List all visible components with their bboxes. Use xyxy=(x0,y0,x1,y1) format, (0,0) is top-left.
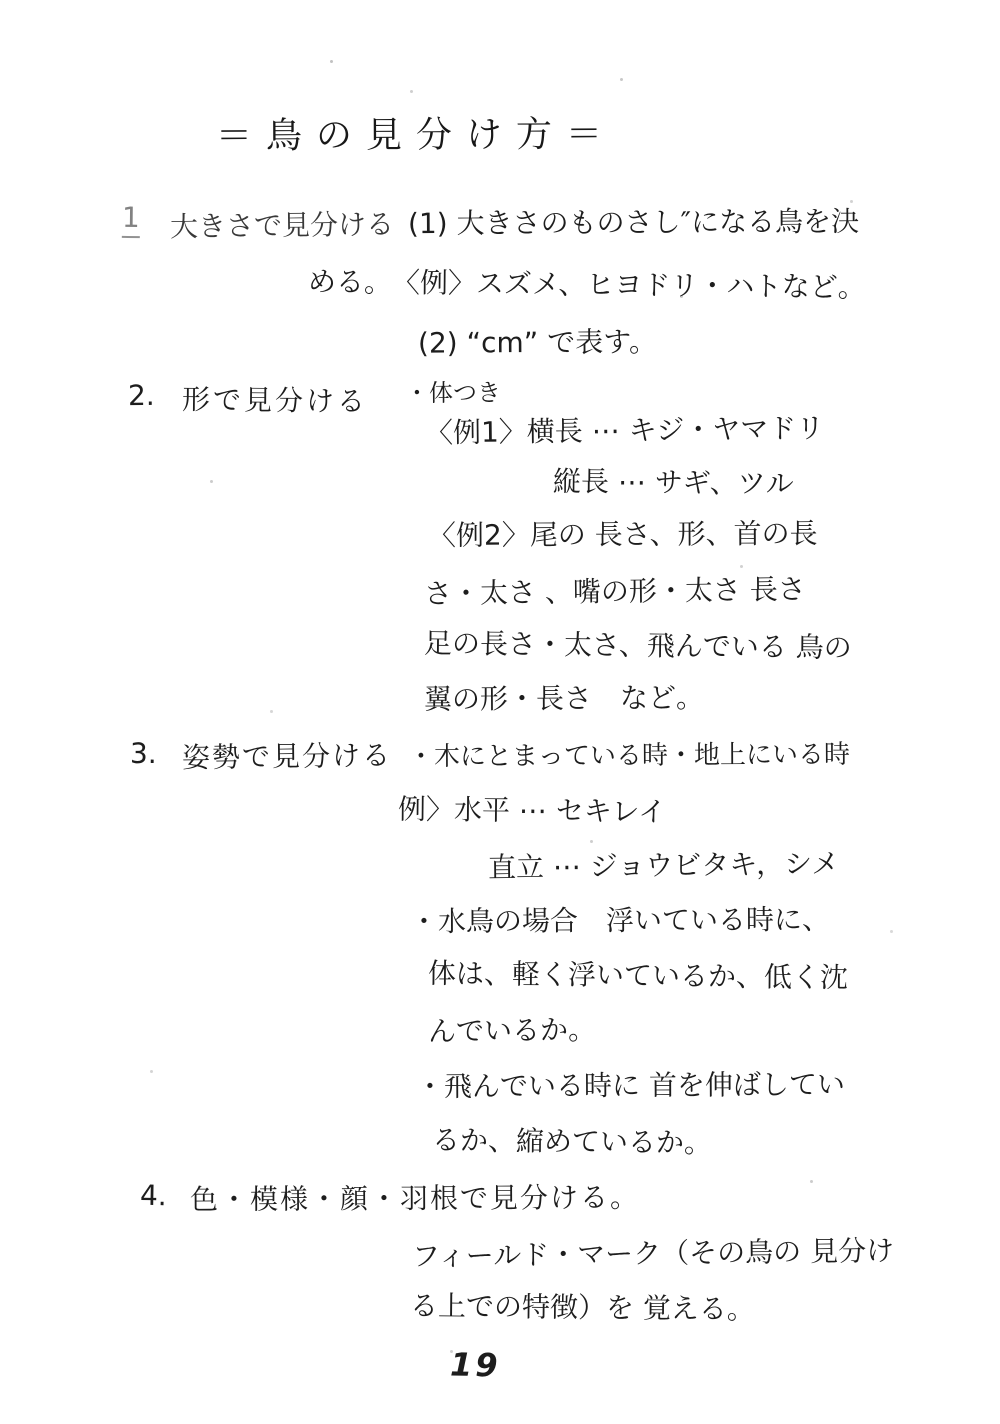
text-line: るか、縮めているか。 xyxy=(432,1126,712,1160)
section-heading-1: 大きさで見分ける xyxy=(170,210,394,244)
page-title: ＝鳥の見分け方＝ xyxy=(216,115,616,157)
text-line: フィールド・マーク（その鳥の 見分け xyxy=(412,1236,894,1273)
text-line: (2) “cm” で表す。 xyxy=(418,327,657,359)
text-line: 直立 ⋯ ジョウビタキ，シメ xyxy=(488,849,840,884)
text-line: 〈例2〉尾の 長さ、形、首の長 xyxy=(428,519,818,552)
text-line: 縦長 ⋯ サギ、ツル xyxy=(553,467,794,500)
text-line: ・水鳥の場合 浮いている時に、 xyxy=(410,905,830,938)
text-line: ・飛んでいる時に 首を伸ばしてい xyxy=(416,1070,845,1103)
text-line: さ・太さ 、嘴の形・太さ 長さ xyxy=(424,575,806,610)
scan-noise xyxy=(330,60,333,63)
section-number-1: 1 xyxy=(122,203,140,238)
section-heading-4: 色・模様・顔・羽根で見分ける。 xyxy=(190,1183,640,1216)
page-number: 19 xyxy=(450,1348,501,1384)
text-line: める。 〈例〉スズメ、ヒヨドリ・ハトなど。 xyxy=(308,267,866,304)
text-line: ・木にとまっている時・地上にいる時 xyxy=(408,741,850,772)
text-line: ・体つき xyxy=(405,380,501,407)
section-heading-3: 姿勢で見分ける xyxy=(182,741,392,774)
text-line: 体は、軽く浮いているか、低く沈 xyxy=(428,959,848,994)
text-line: (1) 大きさのものさし″になる鳥を決 xyxy=(408,207,859,240)
text-line: んでいるか。 xyxy=(428,1015,596,1048)
section-heading-2: 形で見分ける xyxy=(182,385,368,418)
text-line: 〈例1〉横長 ⋯ キジ・ヤマドリ xyxy=(425,414,825,450)
handwritten-page: ＝鳥の見分け方＝ 1 大きさで見分ける (1) 大きさのものさし″になる鳥を決 … xyxy=(0,0,1000,1424)
section-number-2: 2. xyxy=(128,381,155,412)
section-number-4: 4. xyxy=(140,1181,167,1212)
text-line: 例〉水平 ⋯ セキレイ xyxy=(398,795,666,829)
text-line: 翼の形・長さ など。 xyxy=(424,683,704,715)
section-number-3: 3. xyxy=(130,739,157,770)
text-line: る上での特徴）を 覚える。 xyxy=(410,1291,755,1325)
text-line: 足の長さ・太さ、飛んでいる 鳥の xyxy=(424,629,852,664)
